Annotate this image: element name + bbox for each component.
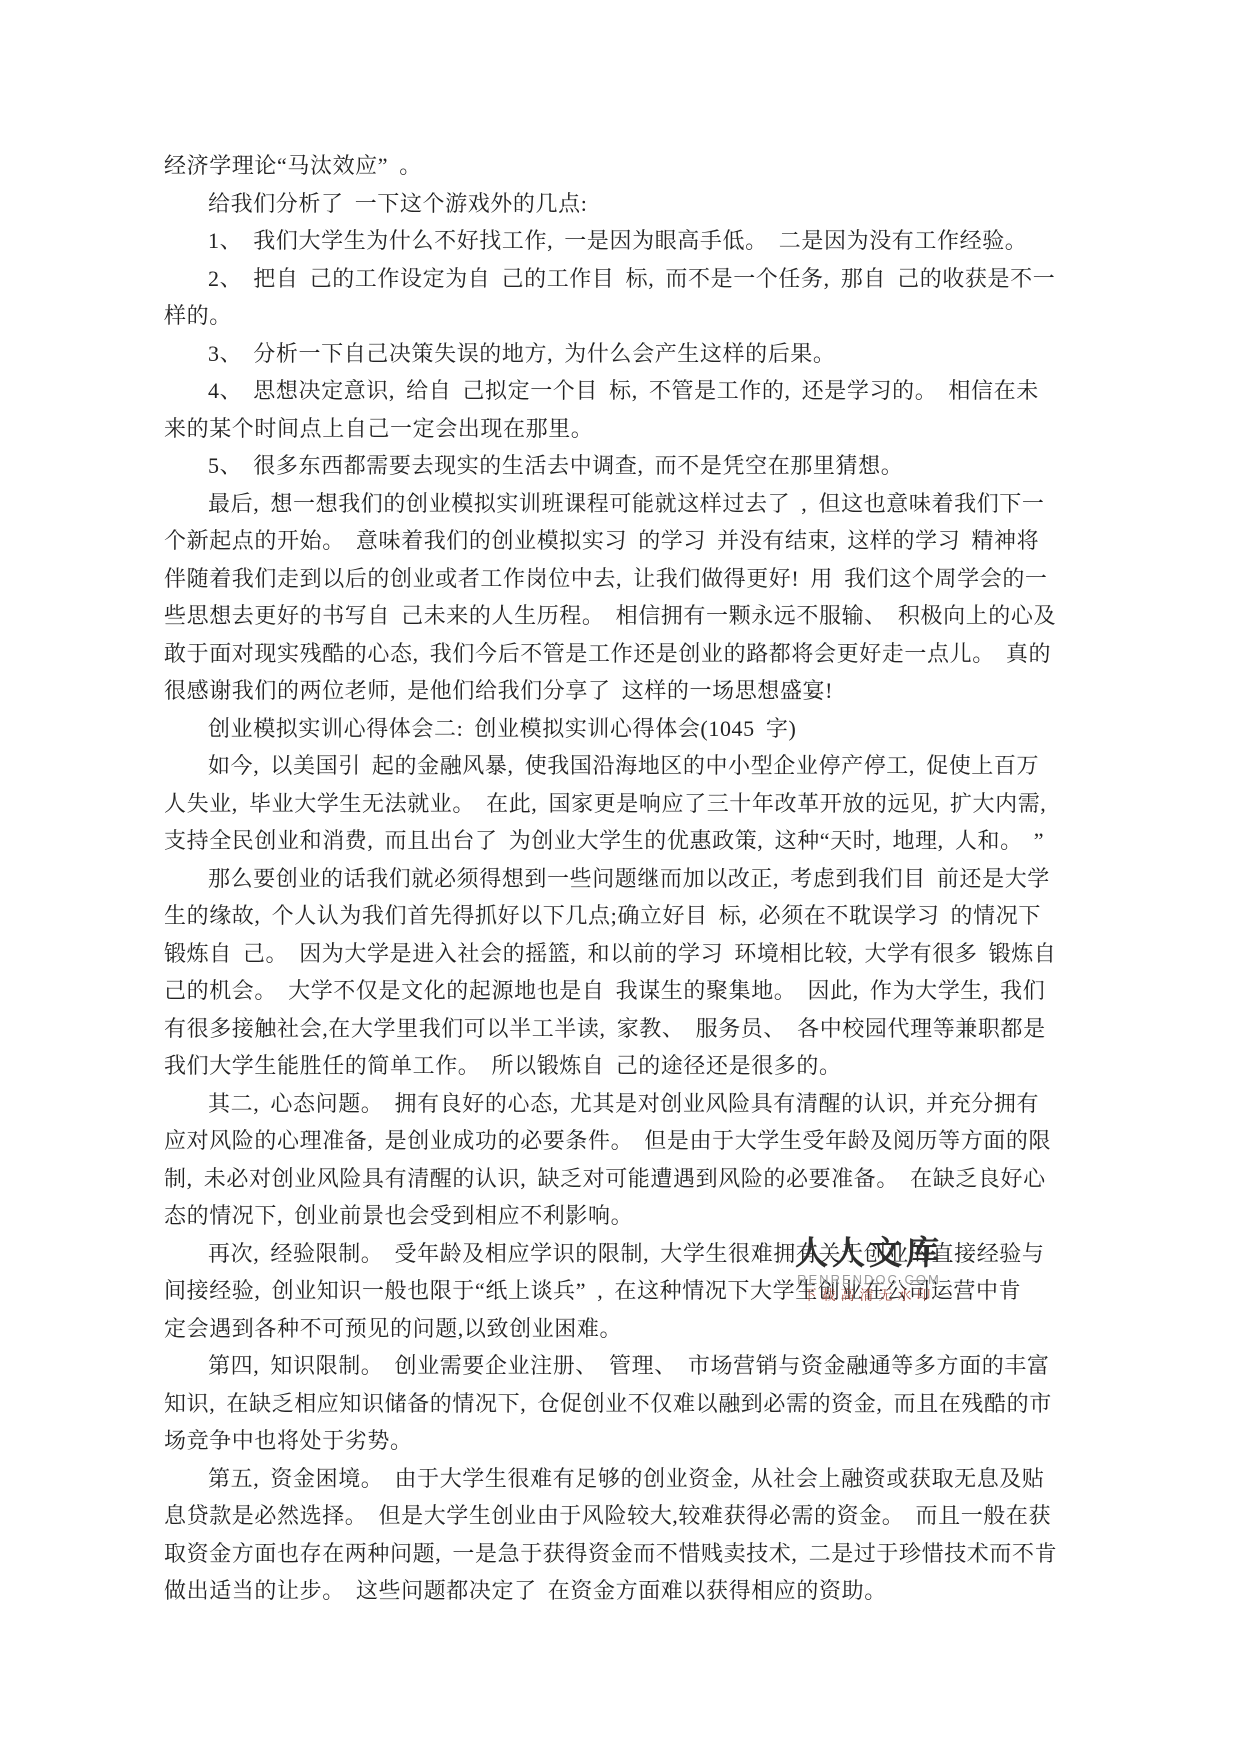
text-line: 最后, 想一想我们的创业模拟实训班课程可能就这样过去了 , 但这也意味着我们下一 (164, 485, 1078, 523)
text-line: 来的某个时间点上自己一定会出现在那里。 (164, 410, 1078, 448)
text-line: 伴随着我们走到以后的创业或者工作岗位中去, 让我们做得更好! 用 我们这个周学会… (164, 560, 1078, 598)
text-line: 支持全民创业和消费, 而且出台了 为创业大学生的优惠政策, 这种“天时, 地理,… (164, 822, 1078, 860)
text-line: 取资金方面也存在两种问题, 一是急于获得资金而不惜贱卖技术, 二是过于珍惜技术而… (164, 1535, 1078, 1573)
text-line: 息贷款是必然选择。 但是大学生创业由于风险较大,较难获得必需的资金。 而且一般在… (164, 1497, 1078, 1535)
text-line: 那么要创业的话我们就必须得想到一些问题继而加以改正, 考虑到我们目 前还是大学 (164, 860, 1078, 898)
document-body: 经济学理论“马汰效应” 。给我们分析了 一下这个游戏外的几点:1、 我们大学生为… (164, 147, 1078, 1610)
text-line: 样的。 (164, 297, 1078, 335)
text-line: 再次, 经验限制。 受年龄及相应学识的限制, 大学生很难拥有关于创业的直接经验与 (164, 1235, 1078, 1273)
text-line: 经济学理论“马汰效应” 。 (164, 147, 1078, 185)
text-line: 场竞争中也将处于劣势。 (164, 1422, 1078, 1460)
text-line: 其二, 心态问题。 拥有良好的心态, 尤其是对创业风险具有清醒的认识, 并充分拥… (164, 1085, 1078, 1123)
text-line: 第四, 知识限制。 创业需要企业注册、 管理、 市场营销与资金融通等多方面的丰富 (164, 1347, 1078, 1385)
text-line: 2、 把自 己的工作设定为自 己的工作目 标, 而不是一个任务, 那自 己的收获… (164, 260, 1078, 298)
text-line: 定会遇到各种不可预见的问题,以致创业困难。 (164, 1310, 1078, 1348)
document-page: 经济学理论“马汰效应” 。给我们分析了 一下这个游戏外的几点:1、 我们大学生为… (0, 0, 1240, 1753)
text-line: 己的机会。 大学不仅是文化的起源地也是自 我谋生的聚集地。 因此, 作为大学生,… (164, 972, 1078, 1010)
text-line: 制, 未必对创业风险具有清醒的认识, 缺乏对可能遭遇到风险的必要准备。 在缺乏良… (164, 1160, 1078, 1198)
text-line: 如今, 以美国引 起的金融风暴, 使我国沿海地区的中小型企业停产停工, 促使上百… (164, 747, 1078, 785)
text-line: 知识, 在缺乏相应知识储备的情况下, 仓促创业不仅难以融到必需的资金, 而且在残… (164, 1385, 1078, 1423)
text-line: 做出适当的让步。 这些问题都决定了 在资金方面难以获得相应的资助。 (164, 1572, 1078, 1610)
text-line: 创业模拟实训心得体会二: 创业模拟实训心得体会(1045 字) (164, 710, 1078, 748)
text-line: 4、 思想决定意识, 给自 己拟定一个目 标, 不管是工作的, 还是学习的。 相… (164, 372, 1078, 410)
text-line: 生的缘故, 个人认为我们首先得抓好以下几点;确立好目 标, 必须在不耽误学习 的… (164, 897, 1078, 935)
text-line: 第五, 资金困境。 由于大学生很难有足够的创业资金, 从社会上融资或获取无息及贴 (164, 1460, 1078, 1498)
text-line: 些思想去更好的书写自 己未来的人生历程。 相信拥有一颗永远不服输、 积极向上的心… (164, 597, 1078, 635)
text-line: 1、 我们大学生为什么不好找工作, 一是因为眼高手低。 二是因为没有工作经验。 (164, 222, 1078, 260)
text-line: 给我们分析了 一下这个游戏外的几点: (164, 185, 1078, 223)
text-line: 我们大学生能胜任的简单工作。 所以锻炼自 己的途径还是很多的。 (164, 1047, 1078, 1085)
text-line: 3、 分析一下自己决策失误的地方, 为什么会产生这样的后果。 (164, 335, 1078, 373)
text-line: 间接经验, 创业知识一般也限于“纸上谈兵” , 在这种情况下大学生创业在公司运营… (164, 1272, 1078, 1310)
text-line: 个新起点的开始。 意味着我们的创业模拟实习 的学习 并没有结束, 这样的学习 精… (164, 522, 1078, 560)
text-line: 人失业, 毕业大学生无法就业。 在此, 国家更是响应了三十年改革开放的远见, 扩… (164, 785, 1078, 823)
text-line: 应对风险的心理准备, 是创业成功的必要条件。 但是由于大学生受年龄及阅历等方面的… (164, 1122, 1078, 1160)
text-line: 有很多接触社会,在大学里我们可以半工半读, 家教、 服务员、 各中校园代理等兼职… (164, 1010, 1078, 1048)
text-line: 锻炼自 己。 因为大学是进入社会的摇篮, 和以前的学习 环境相比较, 大学有很多… (164, 935, 1078, 973)
text-line: 5、 很多东西都需要去现实的生活去中调查, 而不是凭空在那里猜想。 (164, 447, 1078, 485)
text-line: 敢于面对现实残酷的心态, 我们今后不管是工作还是创业的路都将会更好走一点儿。 真… (164, 635, 1078, 673)
text-line: 很感谢我们的两位老师, 是他们给我们分享了 这样的一场思想盛宴! (164, 672, 1078, 710)
text-line: 态的情况下, 创业前景也会受到相应不利影响。 (164, 1197, 1078, 1235)
